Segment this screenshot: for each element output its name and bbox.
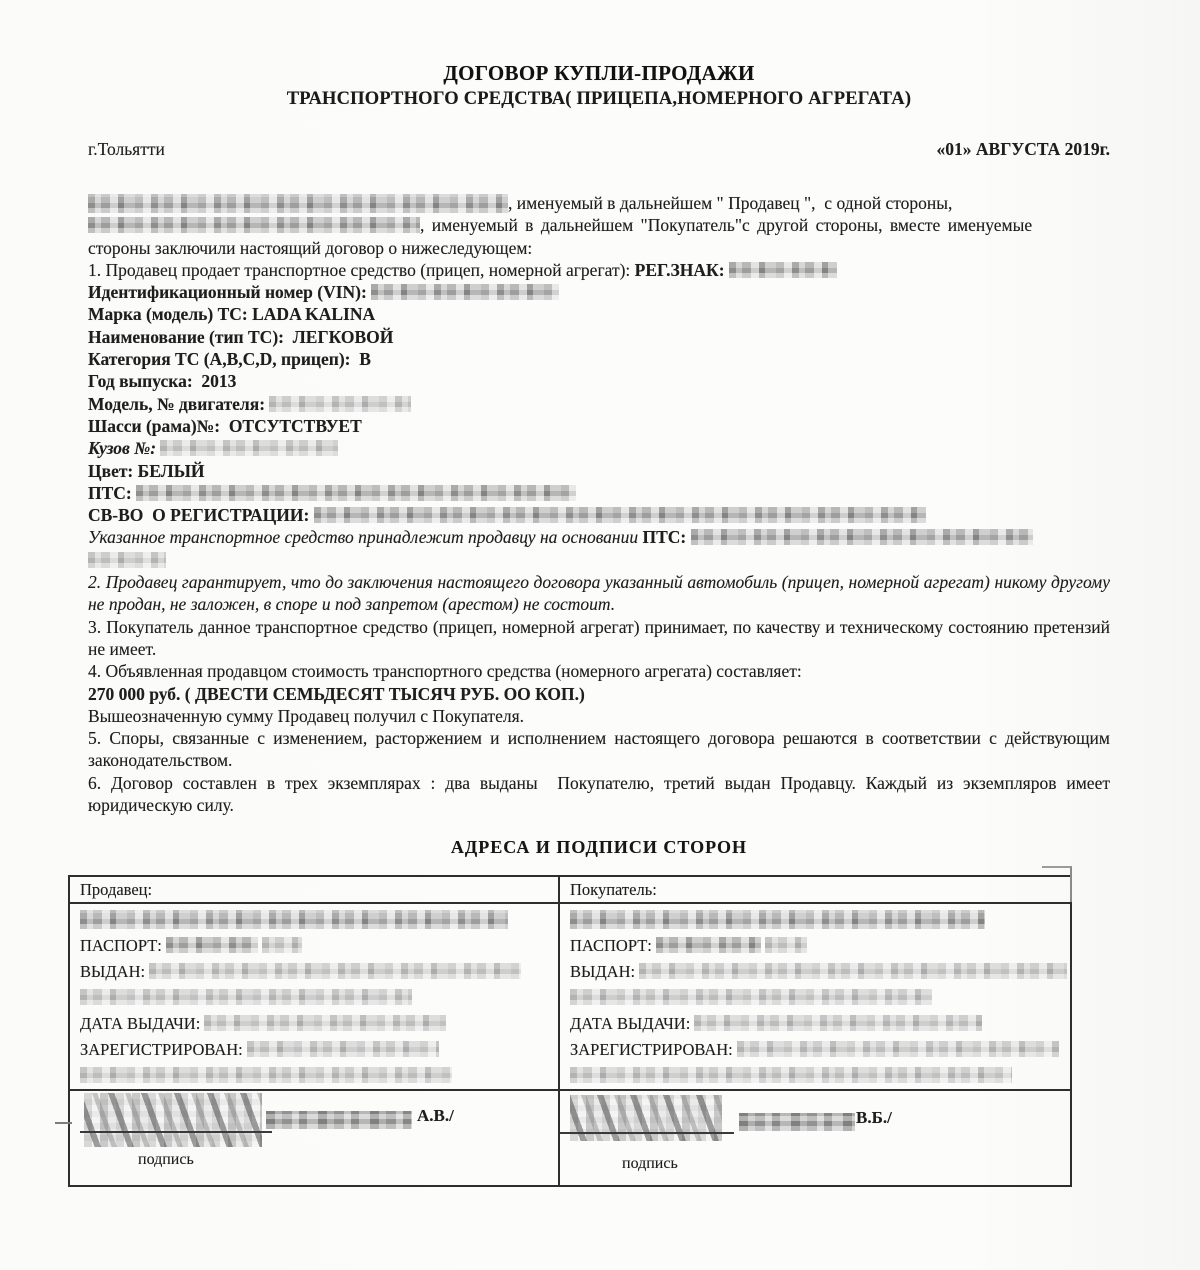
- chassis-value: ОТСУТСТВУЕТ: [229, 416, 362, 436]
- clause2: 2. Продавец гарантирует, что до заключен…: [88, 571, 1110, 616]
- seller-info-cell: ПАСПОРТ: ВЫДАН: ДАТА ВЫДАЧИ: ЗАРЕГИСТРИР…: [70, 904, 558, 1089]
- seller-passport-line: ПАСПОРТ:: [80, 933, 558, 959]
- buyer-header: Покупатель:: [570, 880, 657, 899]
- buyer-header-cell: Покупатель:: [558, 877, 1070, 904]
- redacted-seller-issue-date: [204, 1015, 446, 1031]
- color-label: Цвет:: [88, 461, 138, 481]
- redacted-seller-registered: [247, 1041, 439, 1057]
- intro-line3: стороны заключили настоящий договор о ни…: [88, 237, 1110, 259]
- buyer-name-line: [570, 907, 1070, 933]
- redacted-seller-registered2: [80, 1067, 452, 1083]
- buyer-signature-caption: подпись: [622, 1155, 678, 1173]
- seller-signature-line: [80, 1131, 272, 1133]
- chassis-label: Шасси (рама)№:: [88, 416, 229, 436]
- seller-issue-date-line: ДАТА ВЫДАЧИ:: [80, 1011, 558, 1037]
- buyer-registered-label: ЗАРЕГИСТРИРОВАН:: [570, 1040, 737, 1059]
- buyer-initials: В.Б./: [856, 1108, 892, 1128]
- field-body-number: Кузов №:: [88, 437, 1110, 459]
- redacted-buyer-signature-name: [739, 1113, 855, 1131]
- field-category: Категория ТС (A,B,C,D, прицеп): В: [88, 348, 1110, 370]
- seller-header-cell: Продавец:: [70, 877, 558, 904]
- engine-label: Модель, № двигателя:: [88, 394, 269, 414]
- redacted-seller-passport: [166, 937, 258, 953]
- ownership-text: Указанное транспортное средство принадле…: [88, 527, 642, 547]
- field-color: Цвет: БЕЛЫЙ: [88, 460, 1110, 482]
- redacted-buyer-registered: [737, 1041, 1059, 1057]
- seller-signature-caption: подпись: [138, 1151, 194, 1169]
- redacted-buyer-issued: [639, 963, 1067, 979]
- redacted-ownership-pts: [691, 529, 1033, 545]
- body-number-label: Кузов №:: [88, 438, 160, 458]
- buyer-issued-line: ВЫДАН:: [570, 959, 1070, 985]
- seller-issued-line2: [80, 985, 558, 1011]
- clause4: 4. Объявленная продавцом стоимость транс…: [88, 660, 1110, 682]
- document-title-line1: ДОГОВОР КУПЛИ-ПРОДАЖИ: [88, 60, 1110, 86]
- redacted-ownership-pts-cont: [88, 552, 166, 568]
- intro-buyer-line: , именуемый в дальнейшем "Покупатель"с д…: [88, 214, 1110, 236]
- buyer-signature-line: [560, 1132, 734, 1134]
- vin-label: Идентификационный номер (VIN):: [88, 282, 371, 302]
- type-value: ЛЕГКОВОЙ: [293, 327, 394, 347]
- seller-registered-label: ЗАРЕГИСТРИРОВАН:: [80, 1040, 247, 1059]
- field-chassis: Шасси (рама)№: ОТСУТСТВУЕТ: [88, 415, 1110, 437]
- redacted-seller-name: [88, 194, 508, 213]
- category-label: Категория ТС (A,B,C,D, прицеп):: [88, 349, 359, 369]
- redacted-buyer-issue-date: [694, 1015, 982, 1031]
- buyer-issued-label: ВЫДАН:: [570, 962, 639, 981]
- field-reg-cert: СВ-ВО О РЕГИСТРАЦИИ:: [88, 504, 1110, 526]
- reg-cert-label: СВ-ВО О РЕГИСТРАЦИИ:: [88, 505, 314, 525]
- field-brand: Марка (модель) ТС: LADA KALINA: [88, 303, 1110, 325]
- clause6: 6. Договор составлен в трех экземплярах …: [88, 772, 1110, 817]
- seller-registered-line: ЗАРЕГИСТРИРОВАН:: [80, 1037, 558, 1063]
- city-date-row: г.Тольятти «01» АВГУСТА 2019г.: [88, 138, 1110, 160]
- received-line: Вышеозначенную сумму Продавец получил с …: [88, 705, 1110, 727]
- document-title-line2: ТРАНСПОРТНОГО СРЕДСТВА( ПРИЦЕПА,НОМЕРНОГ…: [88, 86, 1110, 112]
- brand-value: LADA KALINA: [252, 304, 375, 324]
- ownership-line: Указанное транспортное средство принадле…: [88, 526, 1110, 548]
- intro-seller-text: , именуемый в дальнейшем " Продавец ", с…: [508, 193, 952, 213]
- redacted-reg-cert: [314, 507, 926, 523]
- redacted-seller-fullname: [80, 910, 508, 929]
- clause3: 3. Покупатель данное транспортное средст…: [88, 616, 1110, 661]
- city-label: г.Тольятти: [88, 138, 165, 160]
- buyer-issue-date-line: ДАТА ВЫДАЧИ:: [570, 1011, 1070, 1037]
- redacted-body-number: [160, 440, 338, 456]
- field-year: Год выпуска: 2013: [88, 370, 1110, 392]
- seller-header: Продавец:: [80, 880, 152, 899]
- redacted-buyer-issued2: [570, 989, 932, 1005]
- year-label: Год выпуска:: [88, 371, 201, 391]
- redacted-seller-passport2: [262, 937, 302, 953]
- contract-body: , именуемый в дальнейшем " Продавец ", с…: [88, 192, 1110, 816]
- redacted-seller-issued2: [80, 989, 412, 1005]
- price-line: 270 000 руб. ( ДВЕСТИ СЕМЬДЕСЯТ ТЫСЯЧ РУ…: [88, 683, 1110, 705]
- seller-initials: А.В./: [417, 1106, 454, 1126]
- signatures-heading: АДРЕСА И ПОДПИСИ СТОРОН: [88, 836, 1110, 858]
- buyer-registered-line2: [570, 1063, 1070, 1089]
- color-value: БЕЛЫЙ: [138, 461, 205, 481]
- intro-buyer-text: , именуемый в дальнейшем "Покупатель"с д…: [420, 215, 1032, 235]
- clause1-line: 1. Продавец продает транспортное средств…: [88, 259, 1110, 281]
- seller-registered-line2: [80, 1063, 558, 1089]
- pts-label: ПТС:: [88, 483, 136, 503]
- buyer-registered-line: ЗАРЕГИСТРИРОВАН:: [570, 1037, 1070, 1063]
- redacted-pts: [136, 485, 576, 501]
- redacted-buyer-passport2: [765, 937, 807, 953]
- intro-seller-line: , именуемый в дальнейшем " Продавец ", с…: [88, 192, 1110, 214]
- buyer-signature-cell: В.Б./ подпись: [558, 1089, 1070, 1185]
- brand-label: Марка (модель) ТС:: [88, 304, 252, 324]
- field-pts: ПТС:: [88, 482, 1110, 504]
- clause5: 5. Споры, связанные с изменением, растор…: [88, 727, 1110, 772]
- seller-signature-cell: А.В./ подпись: [70, 1089, 558, 1185]
- ownership-line2: [88, 549, 1110, 571]
- year-value: 2013: [201, 371, 236, 391]
- redacted-seller-issued: [149, 963, 521, 979]
- redacted-engine-number: [269, 396, 411, 412]
- seller-issue-date-label: ДАТА ВЫДАЧИ:: [80, 1014, 204, 1033]
- buyer-issued-line2: [570, 985, 1070, 1011]
- parties-table: Продавец: Покупатель: ПАСПОРТ: ВЫДАН: ДА…: [68, 875, 1072, 1187]
- buyer-signature-scribble: [570, 1095, 722, 1141]
- contract-document: ДОГОВОР КУПЛИ-ПРОДАЖИ ТРАНСПОРТНОГО СРЕД…: [0, 0, 1200, 1270]
- redacted-seller-signature-name: [266, 1111, 412, 1129]
- reg-plate-label: РЕГ.ЗНАК:: [635, 260, 729, 280]
- redacted-reg-plate: [729, 262, 837, 278]
- field-vin: Идентификационный номер (VIN):: [88, 281, 1110, 303]
- seller-issued-label: ВЫДАН:: [80, 962, 149, 981]
- field-engine: Модель, № двигателя:: [88, 393, 1110, 415]
- seller-name-line: [80, 907, 558, 933]
- redacted-buyer-registered2: [570, 1067, 1012, 1083]
- buyer-passport-line: ПАСПОРТ:: [570, 933, 1070, 959]
- redacted-buyer-name: [88, 217, 420, 233]
- ownership-pts-label: ПТС:: [642, 527, 690, 547]
- redacted-vin: [371, 284, 559, 300]
- scan-mark: [55, 1122, 72, 1124]
- type-label: Наименование (тип ТС):: [88, 327, 293, 347]
- buyer-passport-label: ПАСПОРТ:: [570, 936, 656, 955]
- scan-artifact: [1042, 866, 1072, 902]
- contract-date: «01» АВГУСТА 2019г.: [937, 138, 1110, 160]
- category-value: В: [359, 349, 371, 369]
- seller-passport-label: ПАСПОРТ:: [80, 936, 166, 955]
- redacted-buyer-fullname: [570, 910, 985, 929]
- field-type: Наименование (тип ТС): ЛЕГКОВОЙ: [88, 326, 1110, 348]
- buyer-info-cell: ПАСПОРТ: ВЫДАН: ДАТА ВЫДАЧИ: ЗАРЕГИСТРИР…: [558, 904, 1070, 1089]
- seller-signature-scribble: [84, 1093, 262, 1147]
- clause1-text: 1. Продавец продает транспортное средств…: [88, 260, 635, 280]
- redacted-buyer-passport: [656, 937, 761, 953]
- buyer-issue-date-label: ДАТА ВЫДАЧИ:: [570, 1014, 694, 1033]
- seller-issued-line: ВЫДАН:: [80, 959, 558, 985]
